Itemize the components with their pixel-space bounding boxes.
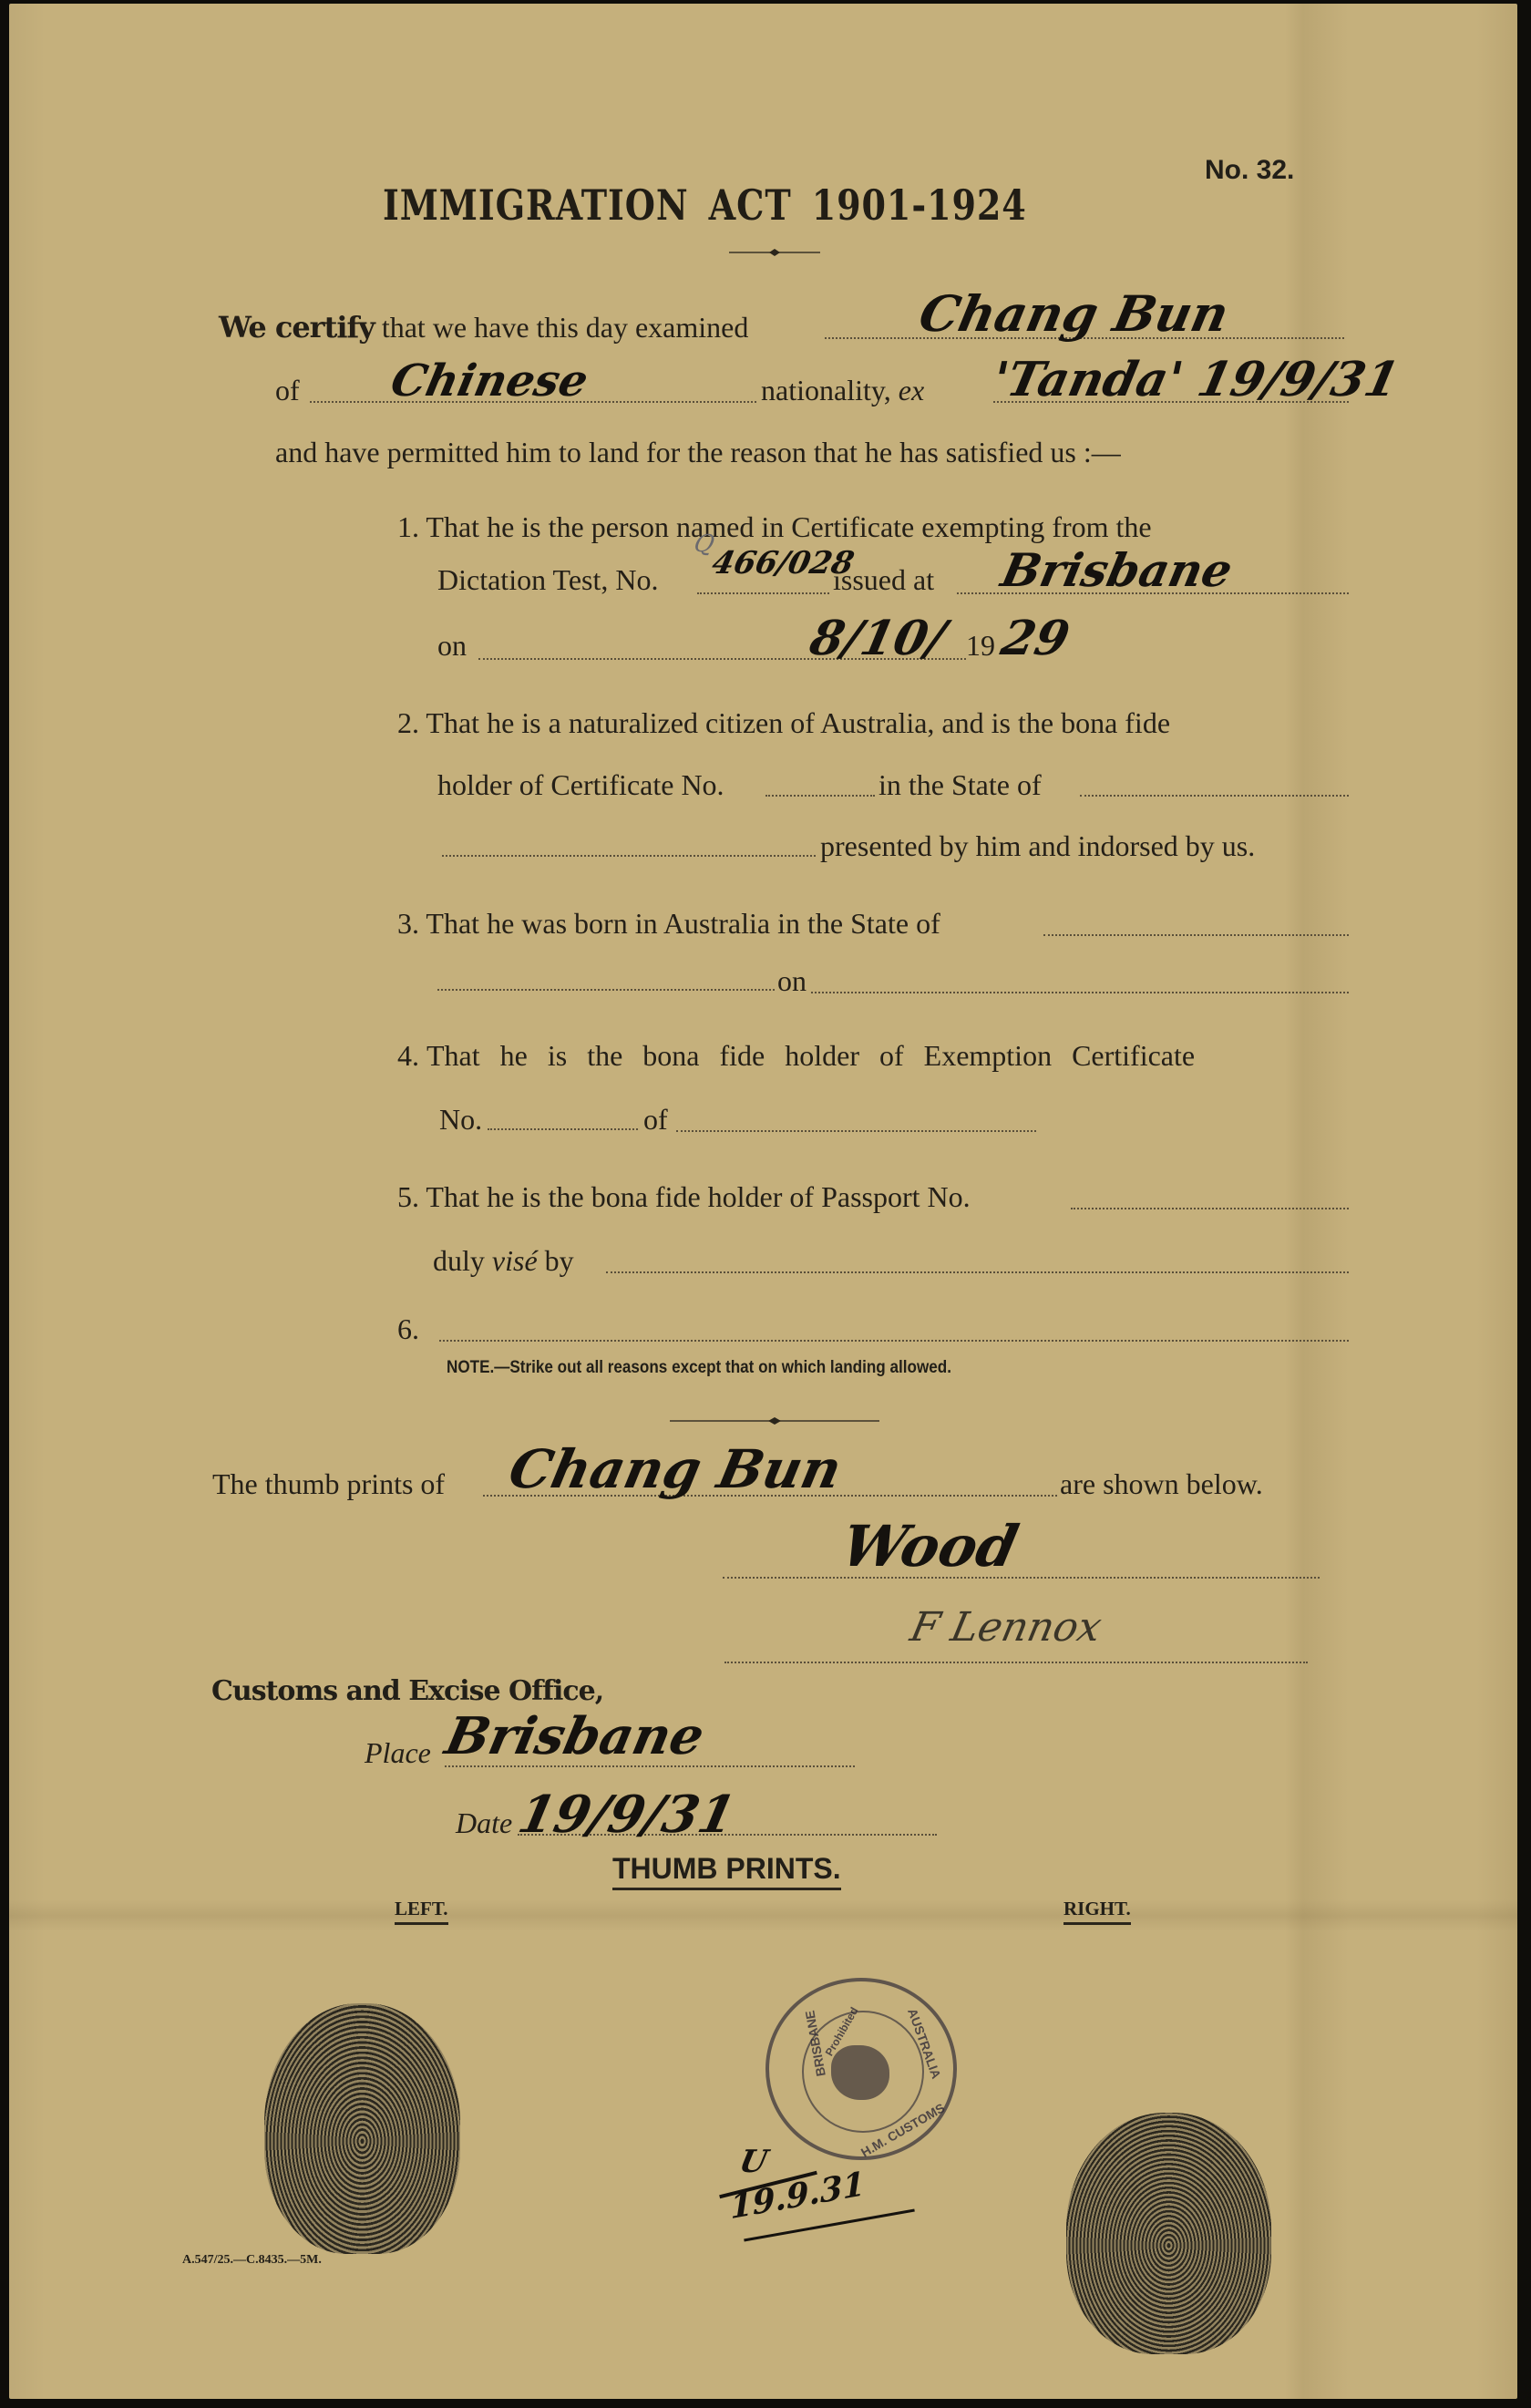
place-field[interactable]: Brisbane [440, 1706, 709, 1766]
reason-3-text: That he was born in Australia in the Sta… [426, 907, 940, 940]
place-label: Place [365, 1736, 431, 1770]
reason-2-line-2b: in the State of [879, 768, 1042, 802]
of-label: of [275, 374, 300, 407]
thumb-prints-name-field[interactable]: Chang Bun [504, 1438, 848, 1500]
form-number: No. 32. [1205, 155, 1294, 186]
duly-label: duly [433, 1244, 485, 1277]
reason-1-line-1: 1. That he is the person named in Certif… [397, 510, 1152, 544]
thumb-prints-heading: THUMB PRINTS. [612, 1852, 841, 1890]
reason-2-text: That he is a naturalized citizen of Aust… [426, 706, 1170, 739]
signature-line-2 [724, 1662, 1308, 1663]
right-thumb-label: RIGHT. [1063, 1898, 1131, 1925]
on-date-field[interactable]: 8/10/ [806, 611, 950, 666]
reason-2-line-3: presented by him and indorsed by us. [820, 829, 1255, 863]
reason-2-number: 2. [397, 706, 419, 739]
birth-date-line[interactable] [811, 992, 1349, 993]
customs-stamp: BRISBANE AUSTRALIA H.M. CUSTOMS Prohibit… [765, 1978, 957, 2160]
thumb-prints-prefix: The thumb prints of [212, 1467, 445, 1501]
date-field[interactable]: 19/9/31 [513, 1785, 741, 1845]
page-title: IMMIGRATIONACT1901-1924 [383, 180, 1027, 230]
naturalization-extra-line[interactable] [442, 855, 816, 857]
section-divider-icon [670, 1417, 879, 1425]
issued-at-field[interactable]: Brisbane [997, 543, 1238, 597]
naturalization-state-line[interactable] [1080, 795, 1349, 797]
exemption-cert-no-line[interactable] [488, 1128, 638, 1130]
left-thumbprint [264, 2003, 460, 2254]
nationality-field[interactable]: Chinese [386, 355, 592, 406]
signature-1: Wood [836, 1513, 1023, 1580]
right-thumbprint [1066, 2113, 1271, 2354]
reason-1-number: 1. [397, 510, 419, 543]
vise-label: visé [492, 1244, 538, 1277]
certify-line: We certify that we have this day examine… [219, 310, 748, 345]
permitted-text: and have permitted him to land for the r… [275, 436, 1121, 469]
year-suffix-field[interactable]: 29 [997, 611, 1074, 666]
reason-6-line[interactable] [439, 1340, 1349, 1342]
certify-lead: We certify [219, 310, 375, 345]
reason-4-text: That he is the bona fide holder of Exemp… [426, 1039, 1195, 1072]
ex-label: ex [899, 374, 924, 406]
exemption-cert-of-line[interactable] [676, 1130, 1036, 1132]
reason-4-no-label: No. [439, 1103, 482, 1137]
reason-4-of-label: of [643, 1103, 668, 1137]
stamp-crest-icon [831, 2045, 889, 2100]
customs-office-label: Customs and Excise Office, [211, 1675, 603, 1707]
birth-state-line[interactable] [1043, 934, 1349, 936]
printer-imprint: A.547/25.—C.8435.—5M. [182, 2253, 322, 2268]
signature-2: F Lennox [907, 1604, 1106, 1651]
nationality-text: nationality, [761, 374, 891, 406]
strike-out-note: NOTE.—Strike out all reasons except that… [447, 1358, 951, 1378]
reason-3-on-label: on [777, 964, 807, 998]
title-word-act: ACT [709, 180, 792, 230]
reason-4-line-1: 4. That he is the bona fide holder of Ex… [397, 1039, 1195, 1073]
ex-ship-field[interactable]: 'Tanda' 19/9/31 [988, 352, 1404, 407]
reason-5-line-2: duly visé by [433, 1244, 574, 1278]
certify-text: that we have this day examined [382, 311, 749, 344]
date-label: Date [456, 1806, 512, 1840]
issued-at-label: issued at [833, 563, 934, 597]
examined-name-field[interactable]: Chang Bun [914, 284, 1234, 343]
reason-1-text: That he is the person named in Certifica… [426, 510, 1151, 543]
reason-4-number: 4. [397, 1039, 419, 1072]
title-ornament-icon [729, 248, 820, 257]
title-word-immigration: IMMIGRATION [383, 180, 689, 230]
reason-5-number: 5. [397, 1180, 419, 1213]
reason-5-line-1: 5. That he is the bona fide holder of Pa… [397, 1180, 971, 1214]
on-label: on [437, 629, 467, 663]
year-prefix: 19 [966, 629, 995, 663]
thumb-prints-suffix: are shown below. [1060, 1467, 1263, 1501]
reason-1-line-2: Dictation Test, No. [437, 563, 658, 597]
passport-no-line[interactable] [1071, 1208, 1349, 1209]
reason-5-text: That he is the bona fide holder of Passp… [426, 1180, 970, 1213]
passport-vise-line[interactable] [606, 1271, 1349, 1273]
nationality-label: nationality, ex [761, 374, 924, 407]
reason-2-line-2a: holder of Certificate No. [437, 768, 724, 802]
title-years: 1901-1924 [812, 180, 1027, 230]
certificate-no-line [697, 592, 829, 594]
left-thumb-label: LEFT. [395, 1898, 448, 1925]
birth-place-line[interactable] [437, 989, 775, 991]
signature-line-1 [723, 1577, 1320, 1579]
reason-6-number: 6. [397, 1312, 419, 1346]
by-label: by [545, 1244, 574, 1277]
reason-3-number: 3. [397, 907, 419, 940]
naturalization-cert-line[interactable] [765, 795, 875, 797]
reason-3-line-1: 3. That he was born in Australia in the … [397, 907, 940, 941]
reason-2-line-1: 2. That he is a naturalized citizen of A… [397, 706, 1170, 740]
